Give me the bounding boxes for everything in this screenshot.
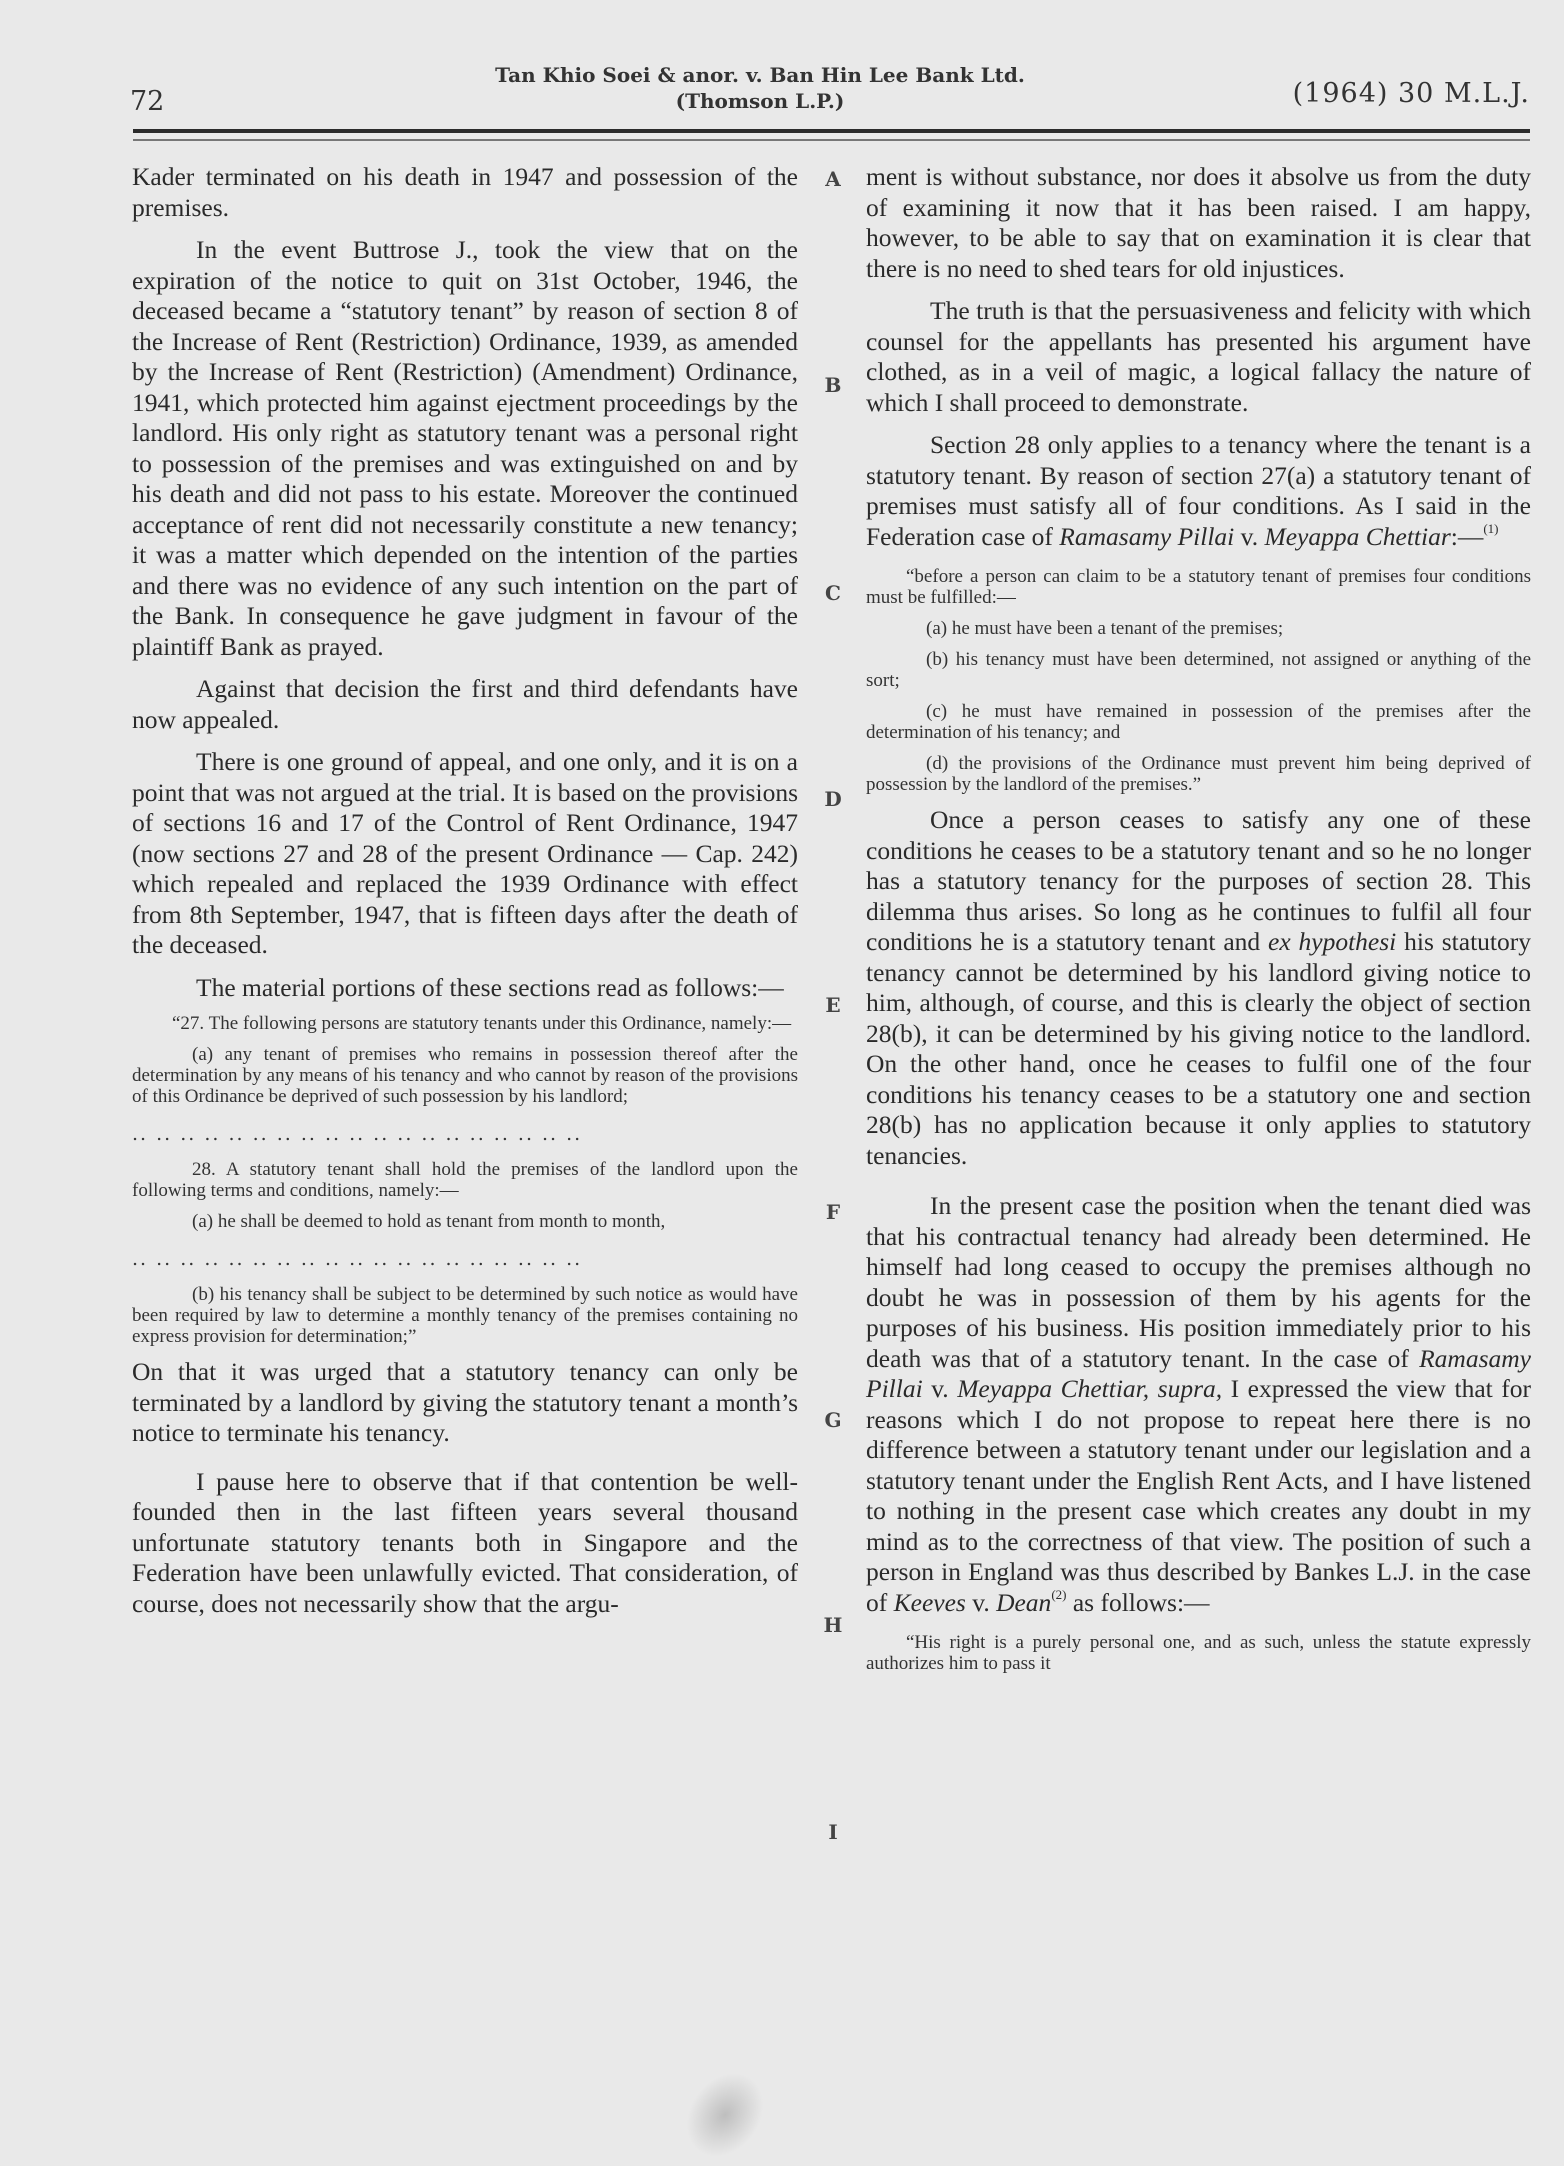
paragraph: In the event Buttrose J., took the view …	[132, 235, 798, 662]
document-page: 72 Tan Khio Soei & anor. v. Ban Hin Lee …	[0, 0, 1564, 2166]
quoted-passage: (a) he must have been a tenant of the pr…	[866, 618, 1531, 639]
ellipsis-row: .. .. .. .. .. .. .. .. .. .. .. .. .. .…	[132, 1123, 798, 1145]
quoted-passage: “His right is a purely personal one, and…	[866, 1632, 1531, 1674]
case-name: Dean	[996, 1588, 1051, 1617]
case-name: Meyappa Chettiar, supra,	[957, 1374, 1222, 1403]
report-citation: (1964) 30 M.L.J.	[1293, 78, 1530, 109]
margin-letter: G	[818, 1408, 848, 1432]
statute-quote: “27. The following persons are statutory…	[132, 1013, 798, 1034]
margin-letter: C	[818, 581, 848, 605]
running-head-case-title: Tan Khio Soei & anor. v. Ban Hin Lee Ban…	[450, 62, 1070, 114]
margin-letter: B	[818, 373, 848, 397]
margin-letter: A	[818, 167, 848, 191]
statute-quote: 28. A statutory tenant shall hold the pr…	[132, 1159, 798, 1201]
paragraph: Section 28 only applies to a tenancy whe…	[866, 430, 1531, 552]
quoted-passage: (c) he must have remained in possession …	[866, 701, 1531, 743]
paragraph: On that it was urged that a statutory te…	[132, 1357, 798, 1449]
ink-smudge	[671, 2058, 780, 2166]
paragraph: The truth is that the persuasiveness and…	[866, 296, 1531, 418]
paragraph: ment is without substance, nor does it a…	[866, 162, 1531, 284]
page-number: 72	[130, 86, 164, 117]
quoted-passage: “before a person can claim to be a statu…	[866, 566, 1531, 608]
quoted-passage: (d) the provisions of the Ordinance must…	[866, 753, 1531, 795]
case-title-line-2: (Thomson L.P.)	[450, 88, 1070, 114]
case-title-line-1: Tan Khio Soei & anor. v. Ban Hin Lee Ban…	[450, 62, 1070, 88]
left-column: Kader terminated on his death in 1947 an…	[132, 162, 798, 1619]
footnote-ref: (2)	[1051, 1587, 1066, 1602]
case-name: Meyappa Chettiar	[1264, 522, 1450, 551]
header-rule-thick	[133, 129, 1530, 133]
right-column: ment is without substance, nor does it a…	[866, 162, 1531, 1674]
paragraph: Once a person ceases to satisfy any one …	[866, 805, 1531, 1171]
statute-quote: (a) any tenant of premises who remains i…	[132, 1044, 798, 1107]
margin-letter: E	[818, 993, 848, 1017]
paragraph: Against that decision the first and thir…	[132, 674, 798, 735]
paragraph: I pause here to observe that if that con…	[132, 1467, 798, 1620]
latin-phrase: ex hypothesi	[1268, 927, 1396, 956]
paragraph: Kader terminated on his death in 1947 an…	[132, 162, 798, 223]
statute-quote: (a) he shall be deemed to hold as tenant…	[132, 1211, 798, 1232]
header-rule-thin	[133, 139, 1530, 141]
margin-letter: F	[818, 1200, 848, 1224]
quoted-passage: (b) his tenancy must have been determine…	[866, 649, 1531, 691]
margin-letter: H	[818, 1613, 848, 1637]
paragraph: The material portions of these sections …	[132, 973, 798, 1004]
ellipsis-row: .. .. .. .. .. .. .. .. .. .. .. .. .. .…	[132, 1248, 798, 1270]
footnote-ref: (1)	[1483, 521, 1498, 536]
paragraph: In the present case the position when th…	[866, 1191, 1531, 1618]
statute-quote: (b) his tenancy shall be subject to be d…	[132, 1284, 798, 1347]
margin-letter: D	[818, 787, 848, 811]
case-name: Ramasamy Pillai	[1059, 522, 1234, 551]
case-name: Keeves	[894, 1588, 966, 1617]
margin-letter: I	[818, 1820, 848, 1844]
paragraph: There is one ground of appeal, and one o…	[132, 747, 798, 961]
